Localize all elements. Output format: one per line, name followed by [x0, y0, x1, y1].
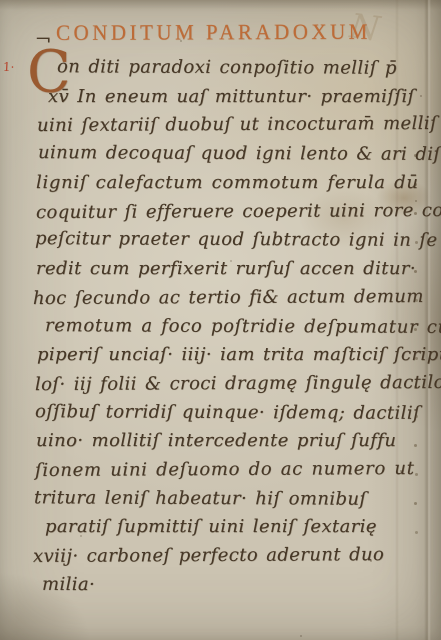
manuscript-line: uino· mollitiſ intercedente priuſ ſuffu	[36, 432, 396, 450]
manuscript-line: uini ſextariiſ duobuſ ut incocturam̄ mel…	[37, 115, 437, 135]
manuscript-line: remotum a foco poſtridie deſpumatur cū	[45, 317, 441, 337]
margin-number: 1·	[3, 60, 15, 75]
manuscript-line: oſſibuſ torridiſ quinque· iſdemq; dactil…	[35, 403, 420, 423]
rubric-title: CONDITUM PARADOXUM	[56, 19, 371, 46]
manuscript-line: uinum decoquaſ quod igni lento & ari diſ	[38, 144, 441, 164]
manuscript-line: ſionem uini deſuomo do ac numero ut	[35, 460, 415, 480]
manuscript-line: tritura leniſ habeatur· hiſ omnibuſ	[34, 489, 367, 508]
manuscript-line: xv̄ In eneum uaſ mittuntur· praemiſſiſ	[48, 88, 415, 106]
manuscript-page: N ¬ CONDITUM PARADOXUM 1· C on diti para…	[0, 0, 441, 640]
manuscript-line: peſcitur praeter quod ſubtracto igni in …	[35, 230, 438, 250]
manuscript-line: coquitur ſi efferuere coeperit uini rore…	[36, 202, 441, 222]
manuscript-line: paratiſ ſupmittiſ uini leniſ ſextarię	[45, 518, 377, 536]
manuscript-line: redit cum perfixerit rurſuſ accen ditur·	[36, 260, 416, 278]
manuscript-line: loſ· iij folii & croci dragmę ſingulę da…	[35, 374, 441, 394]
manuscript-line: milia·	[42, 576, 95, 594]
manuscript-line: hoc ſecundo ac tertio fi& actum demum	[33, 288, 424, 308]
manuscript-line: xviij· carboneſ perfecto aderunt duo	[33, 546, 384, 566]
manuscript-line: piperiſ unciaſ· iiij· iam trita maſticiſ…	[37, 346, 441, 364]
manuscript-line: on diti paradoxi conpoſitio melliſ p̄	[57, 58, 397, 77]
manuscript-line: ligniſ calefactum commotum ferula dū	[36, 174, 419, 192]
